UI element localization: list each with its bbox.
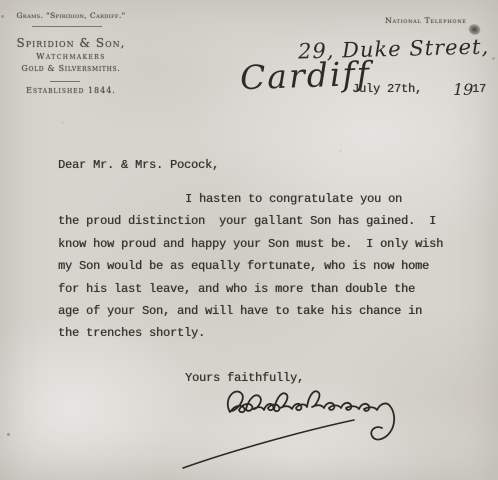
body-line: I hasten to congratulate you on <box>58 188 468 210</box>
national-telephone-line: National Telephone <box>385 16 467 25</box>
body-line: age of your Son, and will have to take h… <box>58 300 468 322</box>
letterhead-left-block: Grams. "Spiridion, Cardiff." Spiridion &… <box>6 0 136 110</box>
body-line: my Son would be as equally fortunate, wh… <box>58 255 468 277</box>
salutation: Dear Mr. & Mrs. Pocock, <box>58 158 219 172</box>
date-typed-year-suffix: 17 <box>472 82 486 96</box>
body-line: the proud distinction your gallant Son h… <box>58 210 468 232</box>
letter-body: I hasten to congratulate you on the prou… <box>58 188 468 345</box>
letterhead-divider-rule <box>50 81 80 82</box>
body-line: know how proud and happy your Son must b… <box>58 233 468 255</box>
date-printed-year-prefix: 19 <box>453 80 473 99</box>
telegram-address-line: Grams. "Spiridion, Cardiff." <box>6 11 136 20</box>
paper-specks <box>0 0 1 1</box>
letterhead-underline <box>32 26 102 27</box>
body-line: for his last leave, and who is more than… <box>58 278 468 300</box>
trade-line-watchmakers: Watchmakers <box>6 52 136 61</box>
trade-line-silversmiths: Gold & Silversmiths. <box>6 64 136 73</box>
signature-spiridion <box>168 382 430 476</box>
letter-page: Grams. "Spiridion, Cardiff." Spiridion &… <box>0 0 498 480</box>
signature-flourish <box>183 420 354 468</box>
firm-name: Spiridion & Son, <box>6 36 136 50</box>
established-line: Established 1844. <box>6 86 136 95</box>
body-line: the trenches shortly. <box>58 322 468 344</box>
date-typed-day: July 27th, <box>352 82 422 96</box>
